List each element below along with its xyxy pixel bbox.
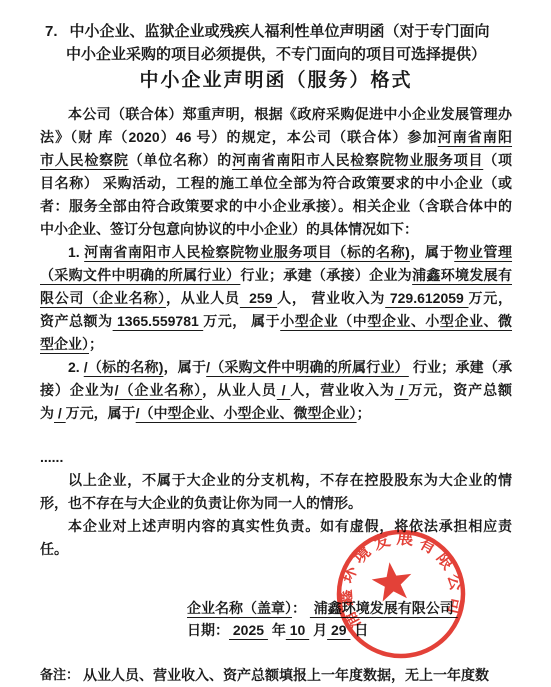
underlined-field: 729.612059 [385,290,468,306]
underlined-field: 物业管理 [454,244,512,260]
underlined-field: 1365.559781 [113,313,204,329]
text-segment: 目名称） 采购活动，工程的施工单位全部为符合政策要求的中小企业（或 [40,175,512,191]
document-title: 中小企业声明函（服务）格式 [40,67,512,94]
text-segment: 1. [68,244,84,260]
text-segment: 行业；承建（承 [409,359,512,375]
underlined-field: /（中型企业、小型企业、微型企业） [136,405,357,421]
body-line: 中小企业、签订分包意向协议的中小企业）的具体情况如下： [40,218,512,241]
footnote-text: 从业人员、营业收入、资产总额填报上一年度数据，无上一年度数 [83,665,489,685]
text-segment: ，属于 [410,244,454,260]
underlined-field: / [277,382,291,398]
body-line: ...... [40,446,512,469]
year-unit: 年 [268,622,286,638]
colon: ： [292,600,310,616]
section-heading: 7.中小企业、监狱企业或残疾人福利性单位声明函（对于专门面向 中小企业采购的项目… [40,20,512,94]
body-line: 以上企业，不属于大企业的分支机构，不存在控股股东为大企业的情 [40,469,512,492]
heading-text-1: 中小企业、监狱企业或残疾人福利性单位声明函（对于专门面向 [70,23,490,40]
text-segment: 以上企业，不属于大企业的分支机构，不存在控股股东为大企业的情 [68,472,512,488]
body-line: 1. 河南省南阳市人民检察院物业服务项目（标的名称)，属于物业管理 [40,241,512,264]
text-segment: ，属于 [163,359,206,375]
body-line: 本公司（联合体）郑重声明，根据《政府采购促进中小企业发展管理办 [40,103,512,126]
body-line: 接）企业为/（企业名称），从业人员 / 人，营业收入为 / 万元，资产总额 [40,379,512,402]
text-segment: 本企业对上述声明内容的真实性负责。如有虚假，将依法承担相应责 [68,518,512,534]
heading-line-2: 中小企业采购的项目必须提供，不专门面向的项目可选择提供） [40,43,512,66]
text-segment: 中小企业、签订分包意向协议的中小企业）的具体情况如下： [40,221,418,237]
company-name-value: 浦鑫环境发展有限公司 [310,600,458,616]
text-segment: ，从业人员 [202,382,277,398]
body-line: 市人民检察院（单位名称）的河南省南阳市人民检察院物业服务项目（项 [40,149,512,172]
text-segment: （单位名称）的 [129,152,232,168]
text-segment: 资产总额为 [40,313,113,329]
company-name-label: 企业名称（盖章） [187,600,292,616]
body-line: 者：服务全部由符合政策要求的中小企业承接）。相关企业（含联合体中的 [40,195,512,218]
month-unit: 月 [309,622,327,638]
date-line: 日期： 2025 年 10 月 29 日 [187,619,512,641]
body-line: 型企业）； [40,333,512,356]
body-line: 任。 [40,538,512,561]
text-segment: 万元， [469,290,513,306]
text-segment: 本公司（联合体）郑重声明，根据《政府采购促进中小企业发展管理办 [68,106,512,122]
text-segment: （项 [483,152,512,168]
underlined-field: 河南省南阳 [438,129,512,145]
underlined-field: / [395,382,409,398]
text-segment: 接）企业为 [40,382,115,398]
underlined-field: / [54,405,66,421]
body-line: 限公司（企业名称），从业人员 259 人， 营业收入为 729.612059 万… [40,287,512,310]
body-line: 形，也不存在与大企业的负责让你为同一人的情形。 [40,492,512,515]
body-line: 法》（财 库（2020）46 号）的规定，本公司（联合体）参加河南省南阳 [40,126,512,149]
underlined-field: 市人民检察院 [40,152,129,168]
body-line: 为 / 万元，属于/（中型企业、小型企业、微型企业）； [40,402,512,425]
date-year: 2025 [229,622,268,638]
body-line: （采购文件中明确的所属行业）行业；承建（承接）企业为浦鑫环境发展有 [40,264,512,287]
text-segment: 万元，属于 [66,405,136,421]
day-unit: 日 [350,622,368,638]
heading-line-1: 7.中小企业、监狱企业或残疾人福利性单位声明函（对于专门面向 [45,20,512,43]
text-segment: 任。 [40,541,68,557]
text-segment: 人，营业收入为 [290,382,395,398]
body-line: 目名称） 采购活动，工程的施工单位全部为符合政策要求的中小企业（或 [40,172,512,195]
text-segment: 万元，资产总额 [408,382,512,398]
footnote: 备注： 从业人员、营业收入、资产总额填报上一年度数据，无上一年度数 [40,665,512,685]
declaration-document: 7.中小企业、监狱企业或残疾人福利性单位声明函（对于专门面向 中小企业采购的项目… [0,0,551,687]
underlined-field: 型企业） [40,336,89,352]
text-segment: 2. [68,359,84,375]
text-segment: ； [89,336,103,352]
document-body: 本公司（联合体）郑重声明，根据《政府采购促进中小企业发展管理办法》（财 库（20… [40,103,512,561]
underlined-field: /（采购文件中明确的所属行业） [206,359,409,375]
text-segment: 为 [40,405,54,421]
body-line: 2. /（标的名称)，属于/（采购文件中明确的所属行业） 行业；承建（承 [40,356,512,379]
body-line: 本企业对上述声明内容的真实性负责。如有虚假，将依法承担相应责 [40,515,512,538]
underlined-field: 河南省南阳市人民检察院物业服务项目 [232,152,483,168]
underlined-field: /（标的名称) [84,359,164,375]
text-segment: 万元， 属于 [203,313,280,329]
underlined-field: /（企业名称） [115,382,202,398]
section-number: 7. [45,20,58,43]
company-name-line: 企业名称（盖章）： 浦鑫环境发展有限公司 [187,597,512,619]
date-day: 29 [327,622,350,638]
underlined-field: 259 [240,290,277,306]
signature-block: 企业名称（盖章）： 浦鑫环境发展有限公司 日期： 2025 年 10 月 29 … [187,597,512,641]
body-line: 资产总额为 1365.559781 万元， 属于小型企业（中型企业、小型企业、微 [40,310,512,333]
text-segment: ...... [40,449,63,465]
text-segment: 者：服务全部由符合政策要求的中小企业承接）。相关企业（含联合体中的 [40,198,512,214]
underlined-field: 浦鑫环境发展有 [412,267,512,283]
text-segment: ； [357,405,371,421]
text-segment: 法》（财 库（2020）46 号）的规定，本公司（联合体）参加 [40,129,438,145]
footnote-label: 备注： [40,664,79,684]
document-content: 7.中小企业、监狱企业或残疾人福利性单位声明函（对于专门面向 中小企业采购的项目… [0,0,551,685]
date-month: 10 [286,622,309,638]
text-segment: ，从业人员 [166,290,240,306]
underlined-field: 限公司（企业名称） [40,290,166,306]
date-label: 日期： [187,622,229,638]
underlined-field: 河南省南阳市人民检察院物业服务项目（标的名称) [84,244,410,260]
text-segment: 形，也不存在与大企业的负责让你为同一人的情形。 [40,495,362,511]
text-segment: 人， 营业收入为 [277,290,385,306]
text-segment: 行业；承建（承接）企业为 [240,267,412,283]
underlined-field: （采购文件中明确的所属行业） [40,267,240,283]
underlined-field: 小型企业（中型企业、小型企业、微 [280,313,512,329]
